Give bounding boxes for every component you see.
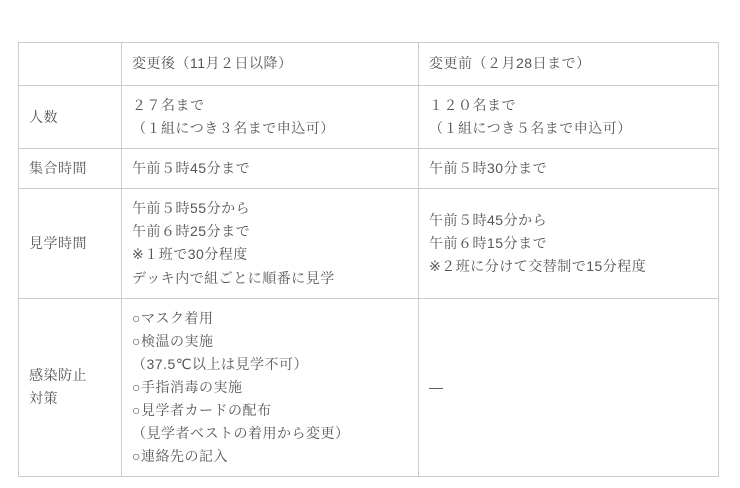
row-label-viewing-time: 見学時間 (19, 189, 122, 298)
corner-cell (19, 43, 122, 86)
cell-before-meeting-time: 午前５時30分まで (419, 149, 719, 189)
table-row-meeting-time: 集合時間 午前５時45分まで 午前５時30分まで (19, 149, 719, 189)
row-label-people-count: 人数 (19, 86, 122, 149)
row-label-infection-prevention: 感染防止 対策 (19, 298, 122, 477)
table-header-row: 変更後（11月２日以降） 変更前（２月28日まで） (19, 43, 719, 86)
row-label-meeting-time: 集合時間 (19, 149, 122, 189)
column-header-before: 変更前（２月28日まで） (419, 43, 719, 86)
table-row-viewing-time: 見学時間 午前５時55分から 午前６時25分まで ※１班で30分程度 デッキ内で… (19, 189, 719, 298)
cell-after-infection-prevention: ○マスク着用 ○検温の実施 （37.5℃以上は見学不可） ○手指消毒の実施 ○見… (122, 298, 419, 477)
cell-before-people-count: １２０名まで （１組につき５名まで申込可） (419, 86, 719, 149)
cell-after-meeting-time: 午前５時45分まで (122, 149, 419, 189)
cell-after-people-count: ２７名まで （１組につき３名まで申込可） (122, 86, 419, 149)
cell-after-viewing-time: 午前５時55分から 午前６時25分まで ※１班で30分程度 デッキ内で組ごとに順… (122, 189, 419, 298)
cell-before-infection-prevention: — (419, 298, 719, 477)
column-header-after: 変更後（11月２日以降） (122, 43, 419, 86)
cell-before-viewing-time: 午前５時45分から 午前６時15分まで ※２班に分けて交替制で15分程度 (419, 189, 719, 298)
table-row-people-count: 人数 ２７名まで （１組につき３名まで申込可） １２０名まで （１組につき５名ま… (19, 86, 719, 149)
change-comparison-table: 変更後（11月２日以降） 変更前（２月28日まで） 人数 ２７名まで （１組につ… (18, 42, 719, 477)
table-row-infection-prevention: 感染防止 対策 ○マスク着用 ○検温の実施 （37.5℃以上は見学不可） ○手指… (19, 298, 719, 477)
